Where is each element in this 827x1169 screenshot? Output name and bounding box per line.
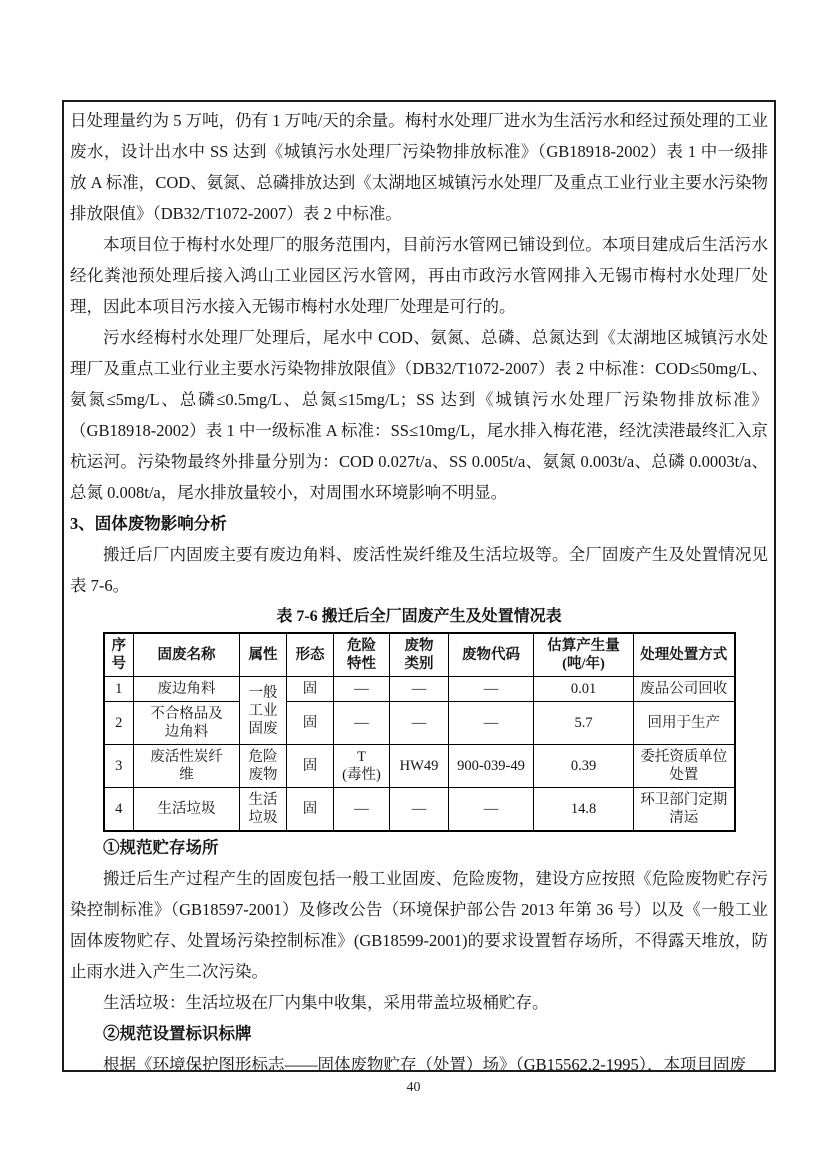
table-cell: —	[334, 702, 390, 745]
col-header-waste-name: 固废名称	[134, 633, 240, 677]
table-cell: —	[390, 702, 449, 745]
table-cell: 0.01	[534, 677, 634, 702]
table-cell: —	[334, 677, 390, 702]
paragraph-storage-requirements: 搬迁后生产过程产生的固废包括一般工业固废、危险废物，建设方应按照《危险废物贮存污…	[70, 863, 768, 987]
table-cell: 生活垃圾	[134, 788, 240, 832]
table-header-row: 序 号 固废名称 属性 形态 危险 特性 废物 类别 废物代码 估算产生量 (吨…	[104, 633, 735, 677]
table-cell: 废品公司回收	[634, 677, 735, 702]
table-title: 表 7-6 搬迁后全厂固废产生及处置情况表	[70, 602, 768, 631]
col-header-form: 形态	[287, 633, 334, 677]
subheading-storage-site: ①规范贮存场所	[70, 832, 768, 863]
table-cell-merged-attribute: 一般 工业 固废	[240, 677, 287, 745]
table-row: 1 废边角料 一般 工业 固废 固 — — — 0.01 废品公司回收	[104, 677, 735, 702]
table-cell: 4	[104, 788, 134, 832]
table-cell: —	[390, 677, 449, 702]
table-cell: 委托资质单位 处置	[634, 745, 735, 788]
paragraph-signage-standard: 根据《环境保护图形标志——固体废物贮存（处置）场》（GB15562.2-1995…	[70, 1049, 768, 1072]
table-cell: 危险 废物	[240, 745, 287, 788]
table-cell: 固	[287, 677, 334, 702]
document-page: 日处理量约为 5 万吨，仍有 1 万吨/天的余量。梅村水处理厂进水为生活污水和经…	[0, 0, 827, 1169]
content-border: 日处理量约为 5 万吨，仍有 1 万吨/天的余量。梅村水处理厂进水为生活污水和经…	[62, 100, 776, 1072]
col-header-hazard: 危险 特性	[334, 633, 390, 677]
table-row: 4 生活垃圾 生活 垃圾 固 — — — 14.8 环卫部门定期 清运	[104, 788, 735, 832]
table-cell: 固	[287, 745, 334, 788]
table-cell: 固	[287, 788, 334, 832]
col-header-waste-code: 废物代码	[449, 633, 534, 677]
table-cell: 废边角料	[134, 677, 240, 702]
table-cell: 回用于生产	[634, 702, 735, 745]
paragraph-domestic-garbage: 生活垃圾：生活垃圾在厂内集中收集，采用带盖垃圾桶贮存。	[70, 987, 768, 1018]
table-cell: 2	[104, 702, 134, 745]
table-cell: 0.39	[534, 745, 634, 788]
table-cell: —	[449, 788, 534, 832]
table-cell: 900-039-49	[449, 745, 534, 788]
paragraph-tailwater-discharge: 污水经梅村水处理厂处理后，尾水中 COD、氨氮、总磷、总氮达到《太湖地区城镇污水…	[70, 322, 768, 508]
heading-solid-waste-analysis: 3、固体废物影响分析	[70, 508, 768, 539]
col-header-serial: 序 号	[104, 633, 134, 677]
paragraph-solid-waste-intro: 搬迁后厂内固废主要有废边角料、废活性炭纤维及生活垃圾等。全厂固废产生及处置情况见…	[70, 539, 768, 601]
table-cell: 1	[104, 677, 134, 702]
table-cell: —	[390, 788, 449, 832]
col-header-waste-class: 废物 类别	[390, 633, 449, 677]
table-cell: 3	[104, 745, 134, 788]
table-cell: 固	[287, 702, 334, 745]
paragraph-wastewater-capacity: 日处理量约为 5 万吨，仍有 1 万吨/天的余量。梅村水处理厂进水为生活污水和经…	[70, 105, 768, 229]
table-cell: 14.8	[534, 788, 634, 832]
page-number: 40	[0, 1080, 827, 1096]
col-header-estimated-output: 估算产生量 (吨/年)	[534, 633, 634, 677]
subheading-signage: ②规范设置标识标牌	[70, 1018, 768, 1049]
table-row: 2 不合格品及 边角料 固 — — — 5.7 回用于生产	[104, 702, 735, 745]
paragraph-project-location: 本项目位于梅村水处理厂的服务范围内，目前污水管网已铺设到位。本项目建成后生活污水…	[70, 229, 768, 322]
solid-waste-table: 序 号 固废名称 属性 形态 危险 特性 废物 类别 废物代码 估算产生量 (吨…	[103, 632, 736, 832]
table-cell: —	[449, 702, 534, 745]
col-header-disposal-method: 处理处置方式	[634, 633, 735, 677]
table-cell: 生活 垃圾	[240, 788, 287, 832]
table-cell: —	[449, 677, 534, 702]
table-cell: —	[334, 788, 390, 832]
table-cell: T (毒性)	[334, 745, 390, 788]
table-cell: 废活性炭纤 维	[134, 745, 240, 788]
table-row: 3 废活性炭纤 维 危险 废物 固 T (毒性) HW49 900-039-49…	[104, 745, 735, 788]
table-cell: 5.7	[534, 702, 634, 745]
table-cell: HW49	[390, 745, 449, 788]
col-header-attribute: 属性	[240, 633, 287, 677]
table-cell: 不合格品及 边角料	[134, 702, 240, 745]
table-cell: 环卫部门定期 清运	[634, 788, 735, 832]
